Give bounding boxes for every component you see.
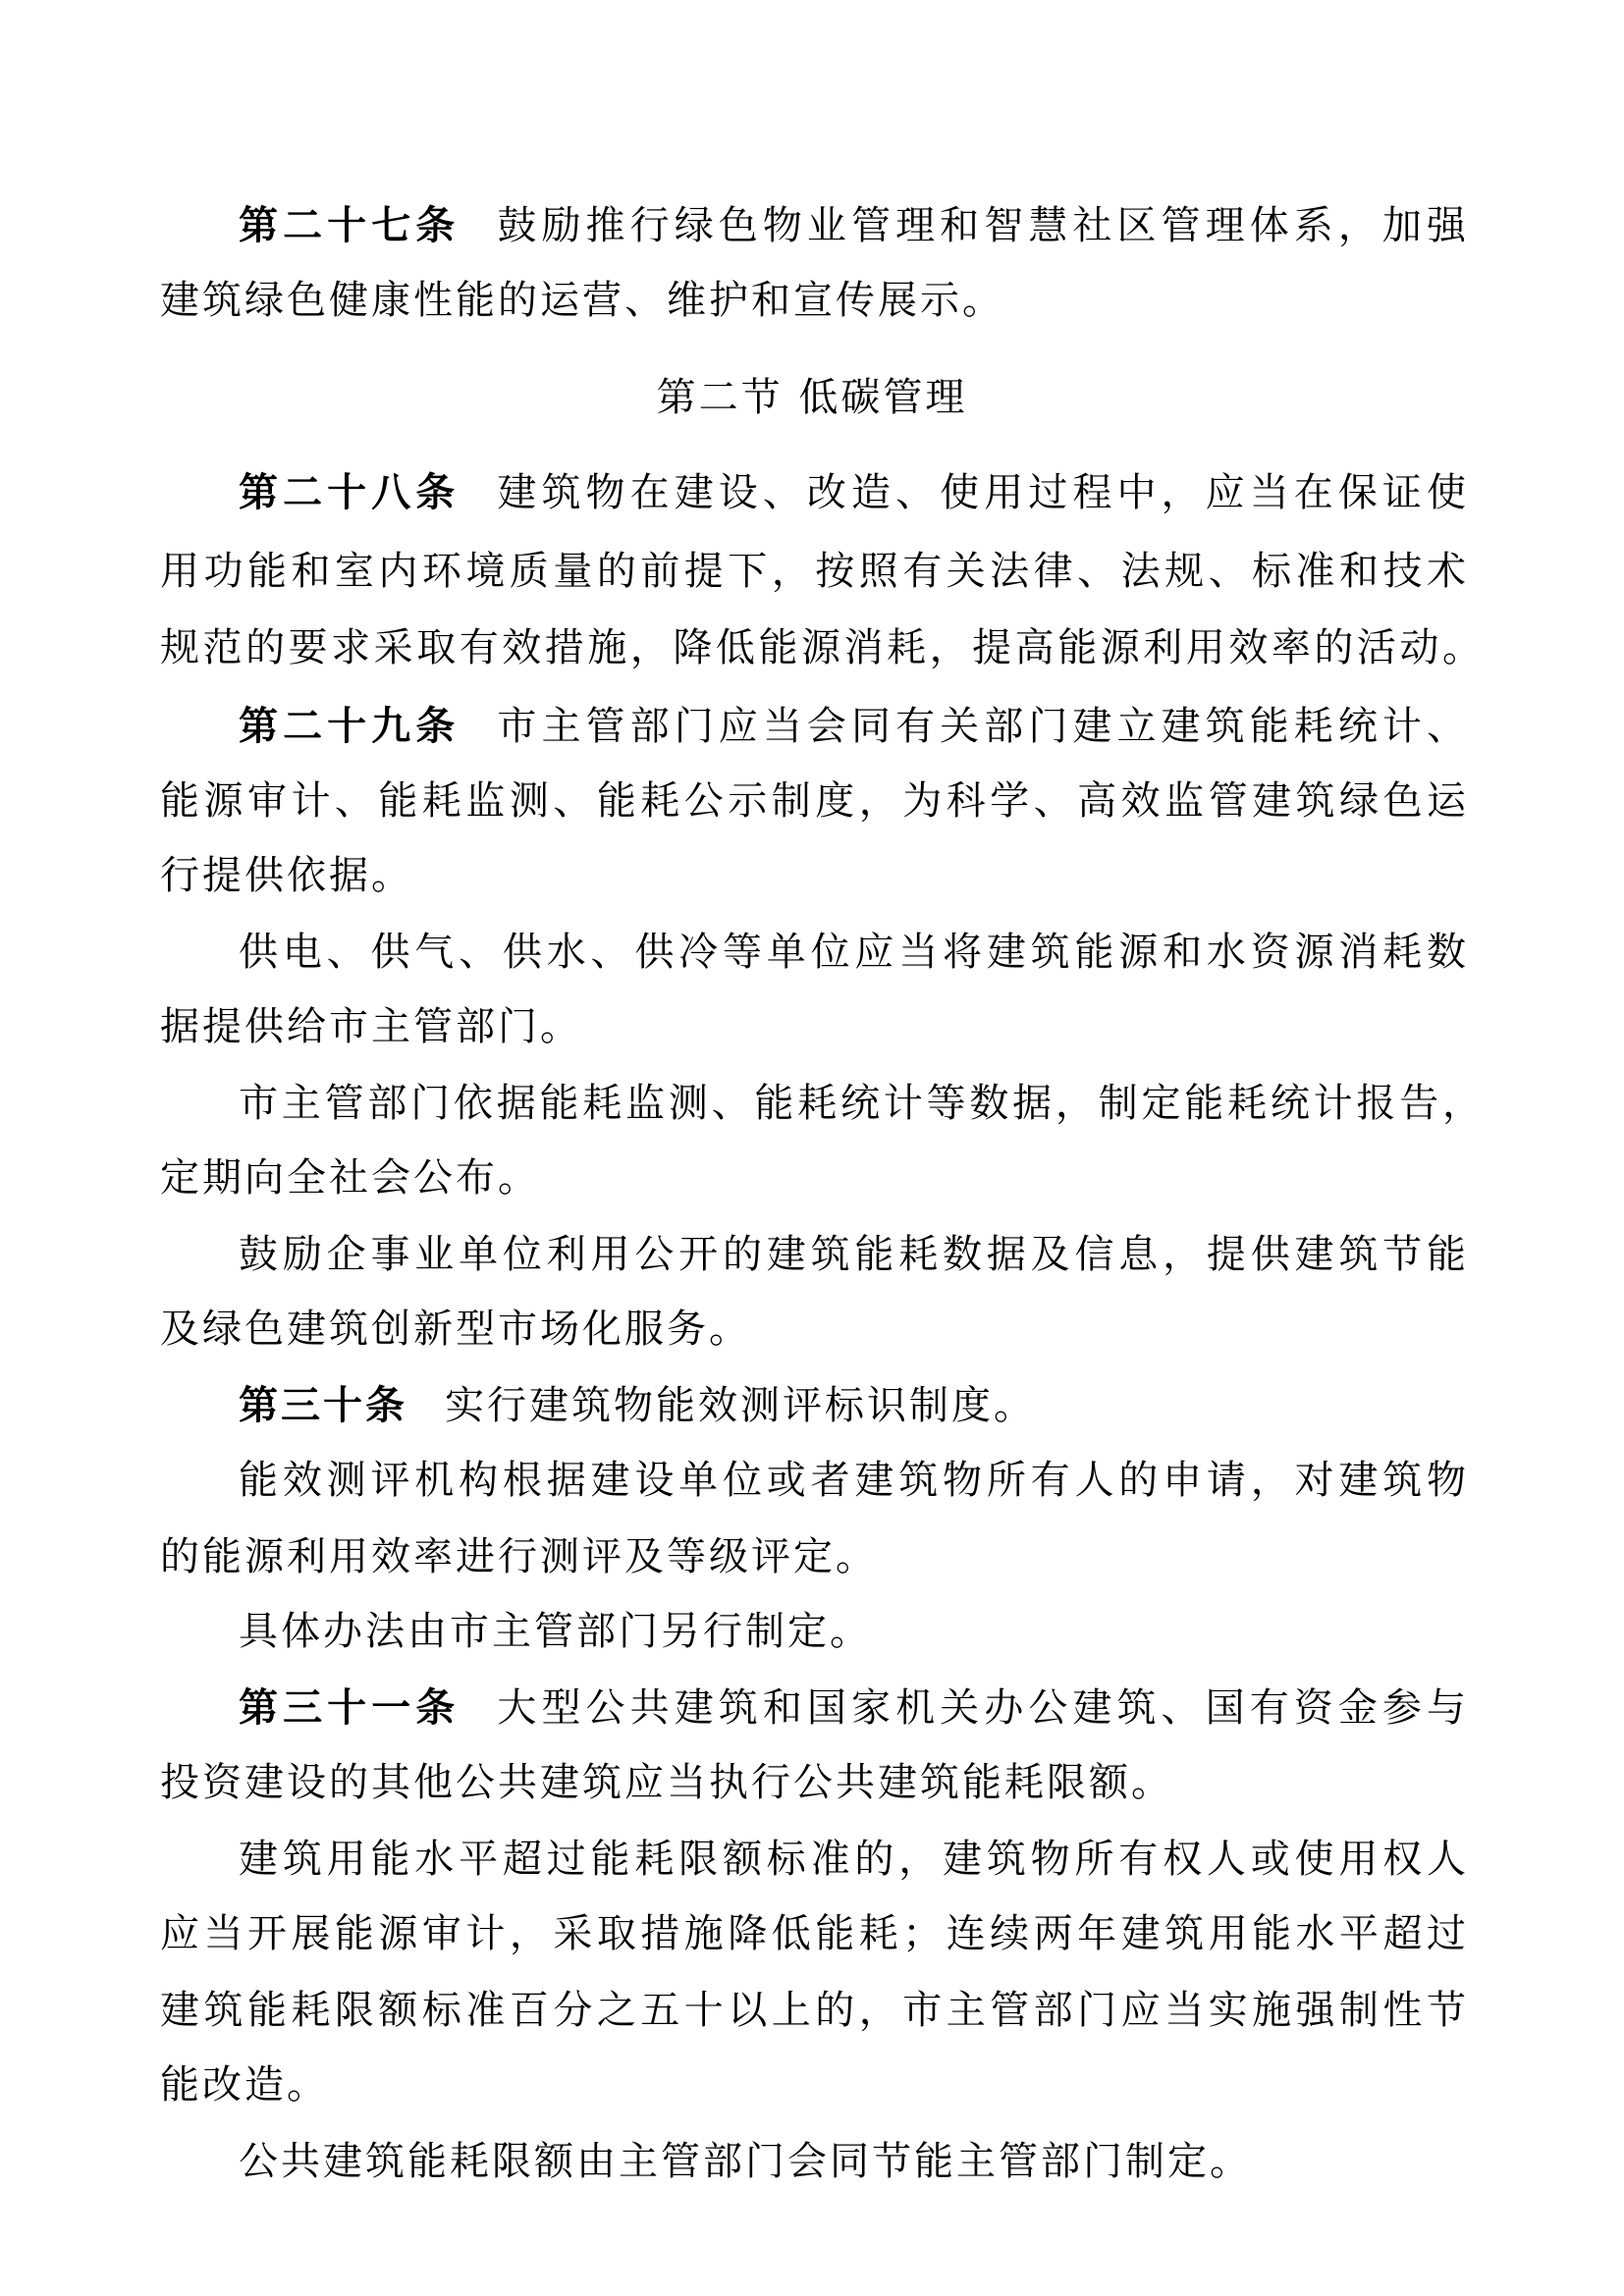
paragraph-text: 据提供给市主管部门。 [160,1004,582,1049]
paragraph-text: 具体办法由市主管部门另行制定。 [239,1609,872,1654]
text-line: 能源审计、能耗监测、能耗公示制度，为科学、高效监管建筑绿色运 [160,762,1466,840]
text-line: 据提供给市主管部门。 [160,988,1387,1066]
text-line: 及绿色建筑创新型市场化服务。 [160,1290,1387,1368]
text-line: 建筑用能水平超过能耗限额标准的，建筑物所有权人或使用权人 [239,1820,1466,1898]
text-line: 鼓励企事业单位利用公开的建筑能耗数据及信息，提供建筑节能 [239,1215,1466,1294]
section-title: 第二节 低碳管理 [0,358,1624,437]
article-number: 第三十条 [239,1383,407,1428]
paragraph-text: 供电、供气、供水、供冷等单位应当将建筑能源和水资源消耗数 [239,930,1466,975]
text-line: 第二十九条市主管部门应当会同有关部门建立建筑能耗统计、 [239,687,1466,766]
paragraph-text: 实行建筑物能效测评标识制度。 [445,1383,1036,1428]
text-line: 供电、供气、供水、供冷等单位应当将建筑能源和水资源消耗数 [239,913,1466,991]
paragraph-text: 规范的要求采取有效措施，降低能源消耗，提高能源利用效率的活动。 [160,625,1482,670]
text-line: 市主管部门依据能耗监测、能耗统计等数据，制定能耗统计报告， [239,1064,1482,1143]
text-line: 第三十一条大型公共建筑和国家机关办公建筑、国有资金参与 [239,1669,1466,1747]
article-number: 第二十九条 [239,704,460,749]
document-page: 第二十七条鼓励推行绿色物业管理和智慧社区管理体系，加强 建筑绿色健康性能的运营、… [0,0,1624,2296]
paragraph-text: 应当开展能源审计，采取措施降低能耗；连续两年建筑用能水平超过 [160,1911,1466,1956]
text-line: 建筑能耗限额标准百分之五十以上的，市主管部门应当实施强制性节 [160,1971,1466,2050]
text-line: 具体办法由市主管部门另行制定。 [239,1592,1466,1671]
paragraph-text: 用功能和室内环境质量的前提下，按照有关法律、法规、标准和技术 [160,549,1466,594]
text-line: 行提供依据。 [160,836,1387,915]
paragraph-text: 建筑绿色健康性能的运营、维护和宣传展示。 [160,278,1004,323]
paragraph-text: 建筑用能水平超过能耗限额标准的，建筑物所有权人或使用权人 [239,1837,1466,1882]
text-line: 第三十条实行建筑物能效测评标识制度。 [239,1366,1466,1445]
paragraph-text: 投资建设的其他公共建筑应当执行公共建筑能耗限额。 [160,1760,1173,1805]
text-line: 建筑绿色健康性能的运营、维护和宣传展示。 [160,261,1387,340]
text-line: 定期向全社会公布。 [160,1139,1387,1217]
paragraph-text: 大型公共建筑和国家机关办公建筑、国有资金参与 [497,1685,1466,1731]
paragraph-text: 能改造。 [160,2062,329,2108]
paragraph-text: 能源审计、能耗监测、能耗公示制度，为科学、高效监管建筑绿色运 [160,778,1466,824]
paragraph-text: 鼓励推行绿色物业管理和智慧社区管理体系，加强 [497,203,1466,248]
paragraph-text: 及绿色建筑创新型市场化服务。 [160,1307,751,1352]
text-line: 第二十八条建筑物在建设、改造、使用过程中，应当在保证使 [239,454,1466,532]
text-line: 应当开展能源审计，采取措施降低能耗；连续两年建筑用能水平超过 [160,1895,1466,1973]
paragraph-text: 公共建筑能耗限额由主管部门会同节能主管部门制定。 [239,2139,1252,2184]
text-line: 能效测评机构根据建设单位或者建筑物所有人的申请，对建筑物 [239,1441,1466,1520]
text-line: 公共建筑能耗限额由主管部门会同节能主管部门制定。 [239,2122,1466,2201]
paragraph-text: 行提供依据。 [160,853,413,898]
article-number: 第二十七条 [239,203,460,248]
text-line: 第二十七条鼓励推行绿色物业管理和智慧社区管理体系，加强 [239,187,1466,265]
text-line: 投资建设的其他公共建筑应当执行公共建筑能耗限额。 [160,1743,1387,1822]
paragraph-text: 建筑物在建设、改造、使用过程中，应当在保证使 [497,470,1466,515]
text-line: 规范的要求采取有效措施，降低能源消耗，提高能源利用效率的活动。 [160,609,1482,687]
paragraph-text: 能效测评机构根据建设单位或者建筑物所有人的申请，对建筑物 [239,1458,1466,1503]
paragraph-text: 建筑能耗限额标准百分之五十以上的，市主管部门应当实施强制性节 [160,1988,1466,2033]
text-line: 能改造。 [160,2046,1387,2124]
paragraph-text: 定期向全社会公布。 [160,1155,540,1201]
paragraph-text: 市主管部门应当会同有关部门建立建筑能耗统计、 [497,704,1466,749]
paragraph-text: 市主管部门依据能耗监测、能耗统计等数据，制定能耗统计报告， [239,1081,1482,1126]
paragraph-text: 的能源利用效率进行测评及等级评定。 [160,1534,878,1579]
article-number: 第二十八条 [239,470,460,515]
paragraph-text: 鼓励企事业单位利用公开的建筑能耗数据及信息，提供建筑节能 [239,1232,1466,1277]
article-number: 第三十一条 [239,1685,460,1731]
text-line: 的能源利用效率进行测评及等级评定。 [160,1518,1387,1596]
text-line: 用功能和室内环境质量的前提下，按照有关法律、法规、标准和技术 [160,532,1466,611]
